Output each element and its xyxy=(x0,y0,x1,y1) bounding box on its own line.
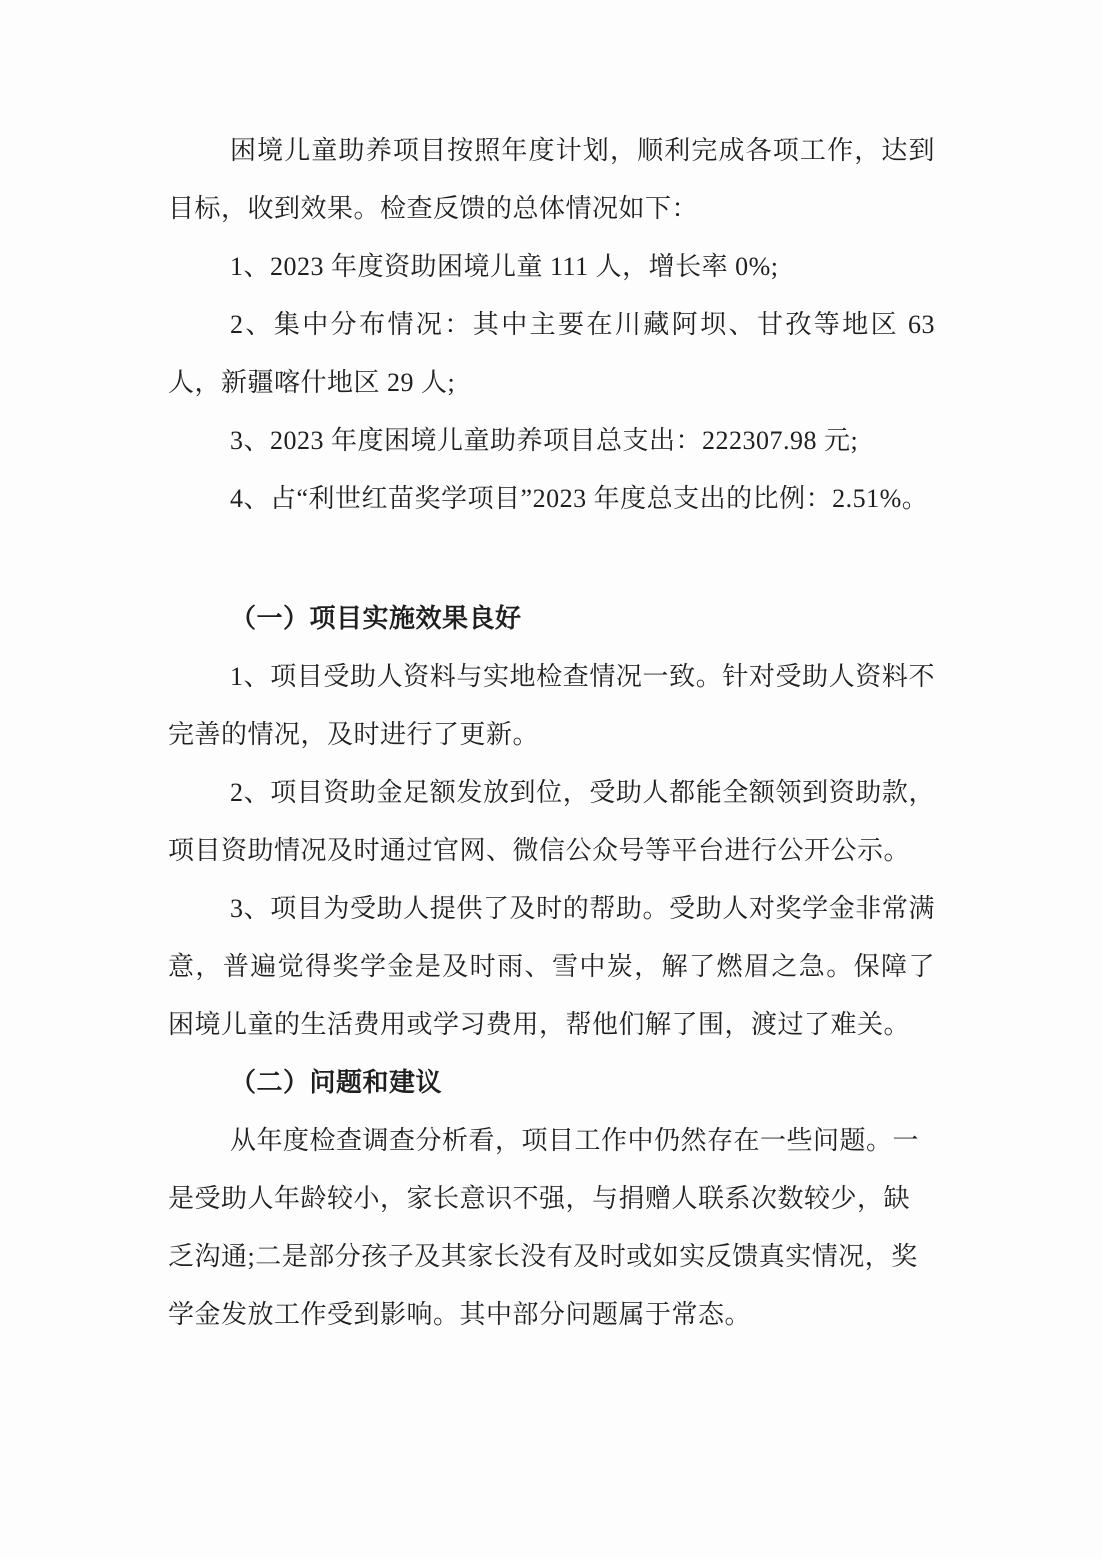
list-item-1-funded-children: 1、2023 年度资助困境儿童 111 人，增长率 0%; xyxy=(168,238,935,296)
section1-item-3: 3、项目为受助人提供了及时的帮助。受助人对奖学金非常满意，普遍觉得奖学金是及时雨… xyxy=(168,880,935,1054)
section2-body: 从年度检查调查分析看，项目工作中仍然存在一些问题。一是受助人年龄较小，家长意识不… xyxy=(168,1112,935,1344)
section-heading-1: （一）项目实施效果良好 xyxy=(168,590,935,648)
paragraph-intro: 困境儿童助养项目按照年度计划，顺利完成各项工作，达到目标，收到效果。检查反馈的总… xyxy=(168,122,935,238)
document-page: 困境儿童助养项目按照年度计划，顺利完成各项工作，达到目标，收到效果。检查反馈的总… xyxy=(0,0,1102,1559)
section1-item-1: 1、项目受助人资料与实地检查情况一致。针对受助人资料不完善的情况，及时进行了更新… xyxy=(168,648,935,764)
section-heading-2: （二）问题和建议 xyxy=(168,1054,935,1112)
list-item-3-total-expense: 3、2023 年度困境儿童助养项目总支出：222307.98 元; xyxy=(168,412,935,470)
list-item-4-expense-ratio: 4、占“利世红苗奖学项目”2023 年度总支出的比例：2.51%。 xyxy=(168,470,935,528)
list-item-2-distribution: 2、集中分布情况：其中主要在川藏阿坝、甘孜等地区 63 人，新疆喀什地区 29 … xyxy=(168,296,935,412)
section1-item-2: 2、项目资助金足额发放到位，受助人都能全额领到资助款，项目资助情况及时通过官网、… xyxy=(168,764,935,880)
